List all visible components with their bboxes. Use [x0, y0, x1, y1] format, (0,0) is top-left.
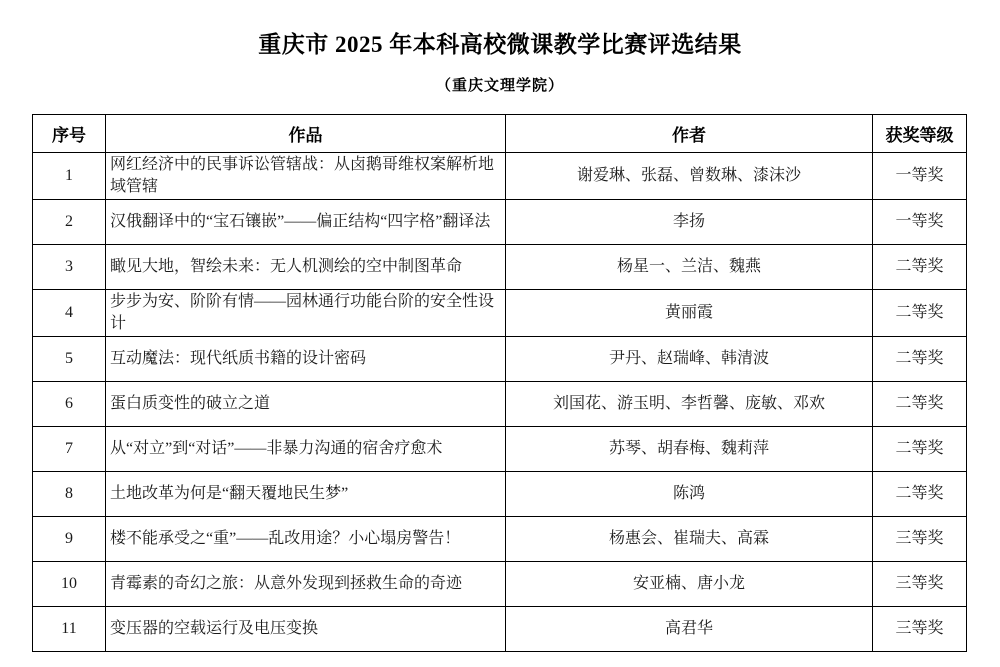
table-row: 8 土地改革为何是“翻天覆地民生梦” 陈鸿 二等奖: [33, 472, 967, 517]
row-work-title: 蛋白质变性的破立之道: [106, 382, 506, 427]
row-authors: 陈鸿: [506, 472, 873, 517]
row-authors: 高君华: [506, 607, 873, 652]
row-serial-number: 6: [33, 382, 106, 427]
table-row: 9 楼不能承受之“重”——乱改用途？小心塌房警告！ 杨惠会、崔瑞夫、高霖 三等奖: [33, 517, 967, 562]
row-authors: 苏琴、胡春梅、魏莉萍: [506, 427, 873, 472]
row-work-title: 楼不能承受之“重”——乱改用途？小心塌房警告！: [106, 517, 506, 562]
results-table-header: 序号 作品 作者 获奖等级: [33, 115, 967, 153]
row-award-level: 二等奖: [873, 427, 967, 472]
row-authors: 杨星一、兰洁、魏燕: [506, 245, 873, 290]
row-serial-number: 10: [33, 562, 106, 607]
row-work-title: 互动魔法：现代纸质书籍的设计密码: [106, 337, 506, 382]
row-work-title: 青霉素的奇幻之旅：从意外发现到拯救生命的奇迹: [106, 562, 506, 607]
row-serial-number: 11: [33, 607, 106, 652]
header-row: 序号 作品 作者 获奖等级: [33, 115, 967, 153]
table-row: 2 汉俄翻译中的“宝石镶嵌”——偏正结构“四字格”翻译法 李扬 一等奖: [33, 200, 967, 245]
page-title: 重庆市 2025 年本科高校微课教学比赛评选结果: [0, 0, 1000, 59]
row-work-title: 瞰见大地，智绘未来：无人机测绘的空中制图革命: [106, 245, 506, 290]
row-award-level: 一等奖: [873, 153, 967, 200]
row-award-level: 三等奖: [873, 607, 967, 652]
row-authors: 杨惠会、崔瑞夫、高霖: [506, 517, 873, 562]
row-serial-number: 1: [33, 153, 106, 200]
results-table-body: 1 网红经济中的民事诉讼管辖战：从卤鹅哥维权案解析地域管辖 谢爱琳、张磊、曾数琳…: [33, 153, 967, 652]
row-authors: 安亚楠、唐小龙: [506, 562, 873, 607]
row-work-title: 变压器的空载运行及电压变换: [106, 607, 506, 652]
row-authors: 刘国花、游玉明、李哲馨、庞敏、邓欢: [506, 382, 873, 427]
row-serial-number: 2: [33, 200, 106, 245]
table-row: 1 网红经济中的民事诉讼管辖战：从卤鹅哥维权案解析地域管辖 谢爱琳、张磊、曾数琳…: [33, 153, 967, 200]
row-serial-number: 3: [33, 245, 106, 290]
row-work-title: 从“对立”到“对话”——非暴力沟通的宿舍疗愈术: [106, 427, 506, 472]
row-work-title: 步步为安、阶阶有情——园林通行功能台阶的安全性设计: [106, 290, 506, 337]
page-subtitle: （重庆文理学院）: [0, 74, 1000, 95]
row-authors: 黄丽霞: [506, 290, 873, 337]
row-serial-number: 5: [33, 337, 106, 382]
table-row: 6 蛋白质变性的破立之道 刘国花、游玉明、李哲馨、庞敏、邓欢 二等奖: [33, 382, 967, 427]
row-serial-number: 9: [33, 517, 106, 562]
row-award-level: 二等奖: [873, 337, 967, 382]
row-award-level: 一等奖: [873, 200, 967, 245]
row-work-title: 土地改革为何是“翻天覆地民生梦”: [106, 472, 506, 517]
results-table: 序号 作品 作者 获奖等级 1 网红经济中的民事诉讼管辖战：从卤鹅哥维权案解析地…: [32, 114, 967, 652]
row-authors: 李扬: [506, 200, 873, 245]
row-award-level: 二等奖: [873, 245, 967, 290]
row-serial-number: 8: [33, 472, 106, 517]
table-row: 11 变压器的空载运行及电压变换 高君华 三等奖: [33, 607, 967, 652]
table-row: 7 从“对立”到“对话”——非暴力沟通的宿舍疗愈术 苏琴、胡春梅、魏莉萍 二等奖: [33, 427, 967, 472]
row-award-level: 二等奖: [873, 472, 967, 517]
header-serial-number: 序号: [33, 115, 106, 153]
row-award-level: 二等奖: [873, 382, 967, 427]
header-authors: 作者: [506, 115, 873, 153]
table-row: 5 互动魔法：现代纸质书籍的设计密码 尹丹、赵瑞峰、韩清波 二等奖: [33, 337, 967, 382]
table-row: 10 青霉素的奇幻之旅：从意外发现到拯救生命的奇迹 安亚楠、唐小龙 三等奖: [33, 562, 967, 607]
header-work: 作品: [106, 115, 506, 153]
row-work-title: 网红经济中的民事诉讼管辖战：从卤鹅哥维权案解析地域管辖: [106, 153, 506, 200]
row-award-level: 二等奖: [873, 290, 967, 337]
row-serial-number: 4: [33, 290, 106, 337]
row-award-level: 三等奖: [873, 517, 967, 562]
row-work-title: 汉俄翻译中的“宝石镶嵌”——偏正结构“四字格”翻译法: [106, 200, 506, 245]
row-award-level: 三等奖: [873, 562, 967, 607]
header-award-level: 获奖等级: [873, 115, 967, 153]
row-serial-number: 7: [33, 427, 106, 472]
table-row: 3 瞰见大地，智绘未来：无人机测绘的空中制图革命 杨星一、兰洁、魏燕 二等奖: [33, 245, 967, 290]
row-authors: 谢爱琳、张磊、曾数琳、漆沫沙: [506, 153, 873, 200]
table-row: 4 步步为安、阶阶有情——园林通行功能台阶的安全性设计 黄丽霞 二等奖: [33, 290, 967, 337]
row-authors: 尹丹、赵瑞峰、韩清波: [506, 337, 873, 382]
